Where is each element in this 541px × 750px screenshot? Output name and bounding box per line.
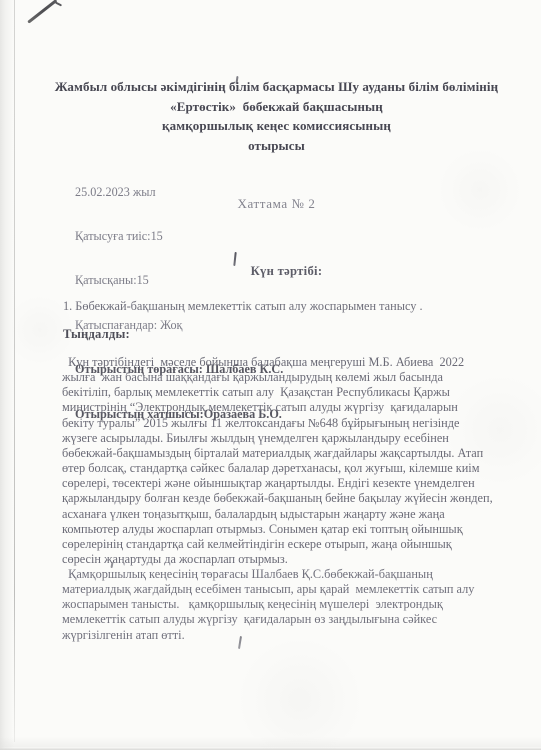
paragraph-line: сөрелері, төсектері және ойыншықтар жаңа… (62, 476, 514, 491)
paragraph-line: жүргізілгенін атап өтті. (62, 628, 514, 643)
meeting-date: 25.02.2023 жыл (75, 185, 283, 200)
title-lines: Жамбыл облысы әкімдігінің білім басқарма… (20, 77, 533, 155)
paragraph-line: Қамқоршылық кеңесінің төрағасы Шалбаев Қ… (62, 567, 514, 582)
paragraph-line: жылға жан басына шаққандағы қаржыландыру… (62, 370, 514, 385)
paragraph-line: бекітіліп, барлық мемлекеттік сатып алу … (62, 385, 514, 400)
paragraph-line: материалдық жағдайдың есебімен танысып, … (62, 582, 514, 597)
paragraph-line: жүзеге асырылады. Биылғы жылдың үнемделг… (62, 431, 514, 446)
paragraph-line: жоспарымен танысты. қамқоршылық кеңесіні… (62, 597, 514, 612)
paragraph-line: бөбекжай-бақшамыздың бірталай материалды… (62, 446, 514, 461)
agenda-heading: Күн тәртібі: (16, 264, 541, 279)
title-line: «Ертөстік» бөбекжай бақшасының (20, 97, 533, 117)
title-line: Жамбыл облысы әкімдігінің білім басқарма… (20, 77, 533, 97)
paragraph-line: компьютер алуды жоспарлап отырмыз. Соным… (62, 522, 514, 537)
paragraph-line: бекіту туралы” 2015 жылғы 11 желтоксанда… (62, 416, 514, 431)
heard-paragraph-2: Қамқоршылық кеңесінің төрағасы Шалбаев Қ… (62, 567, 514, 643)
paragraph-line: сөрелерінің стандартқа сай келмейтіндігі… (62, 537, 514, 552)
scanned-document-page: Жамбыл облысы әкімдігінің білім басқарма… (0, 0, 541, 750)
heard-heading: Тыңдалды: (63, 327, 130, 342)
paragraph-line: Күн тәртібіндегі мәселе бойынша балабақш… (62, 355, 514, 370)
paragraph-line: қаржыландыру болған кезде бөбекжай-бақша… (62, 491, 514, 506)
document-text-layer: Жамбыл облысы әкімдігінің білім басқарма… (0, 0, 541, 750)
paragraph-line: мемлекеттік сатып алуды жүргізу қағидала… (62, 612, 514, 627)
paragraph-line: асханаға үлкен тоңазытқыш, балалардың ыд… (62, 507, 514, 522)
paragraph-line: министрінің “Электрондық мемлекеттік сат… (62, 400, 514, 415)
title-line: отырысы (20, 136, 533, 156)
heard-paragraph-1: Күн тәртібіндегі мәселе бойынша балабақш… (62, 355, 514, 567)
paragraph-line: өтер болсақ, стандартқа сәйкес балалар д… (62, 461, 514, 476)
expected-attendees: Қатысуға тиіс:15 (75, 229, 283, 244)
paragraph-line: сөресін жаңартуды да жоспарлап отырмыз. (62, 552, 514, 567)
agenda-item-1: 1. Бөбекжай-бақшаның мемлекеттік сатып а… (63, 299, 511, 314)
title-line: қамқоршылық кеңес комиссиясының (20, 116, 533, 136)
